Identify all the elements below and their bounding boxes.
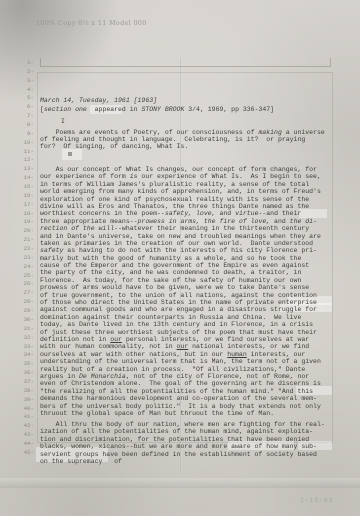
guide-top-rule [40,66,331,67]
scanned-paper-background: 100% Copy 8½ x 11 Model 000 1-2-3-4-5-6-… [0,0,360,516]
date-stamp: 2-15-63 [300,497,333,504]
paragraph-nation: All thru the body of our nation, where m… [40,421,325,465]
section-numeral: I [61,118,65,125]
publication-note: [section one appeared in STONY BROOK 3/4… [40,106,274,113]
paragraph-dante: As our concept of What Is changes, our c… [40,166,321,417]
correction-mark [68,152,72,156]
copy-model-header: 100% Copy 8½ x 11 Model 000 [36,20,147,27]
horizontal-crease [0,478,360,488]
paragraph-poems: Poems are events of Poetry, of our consc… [40,129,325,151]
manuscript-date-line: March 14, Tuesday, 1961 [1963] [40,97,157,104]
guide-corner-tick-left [40,58,41,66]
line-number-column: 1-2-3-4-5-6-7-8-9-10-11-12-13-14-15-16-1… [14,59,34,458]
guide-corner-tick-right [330,58,331,66]
